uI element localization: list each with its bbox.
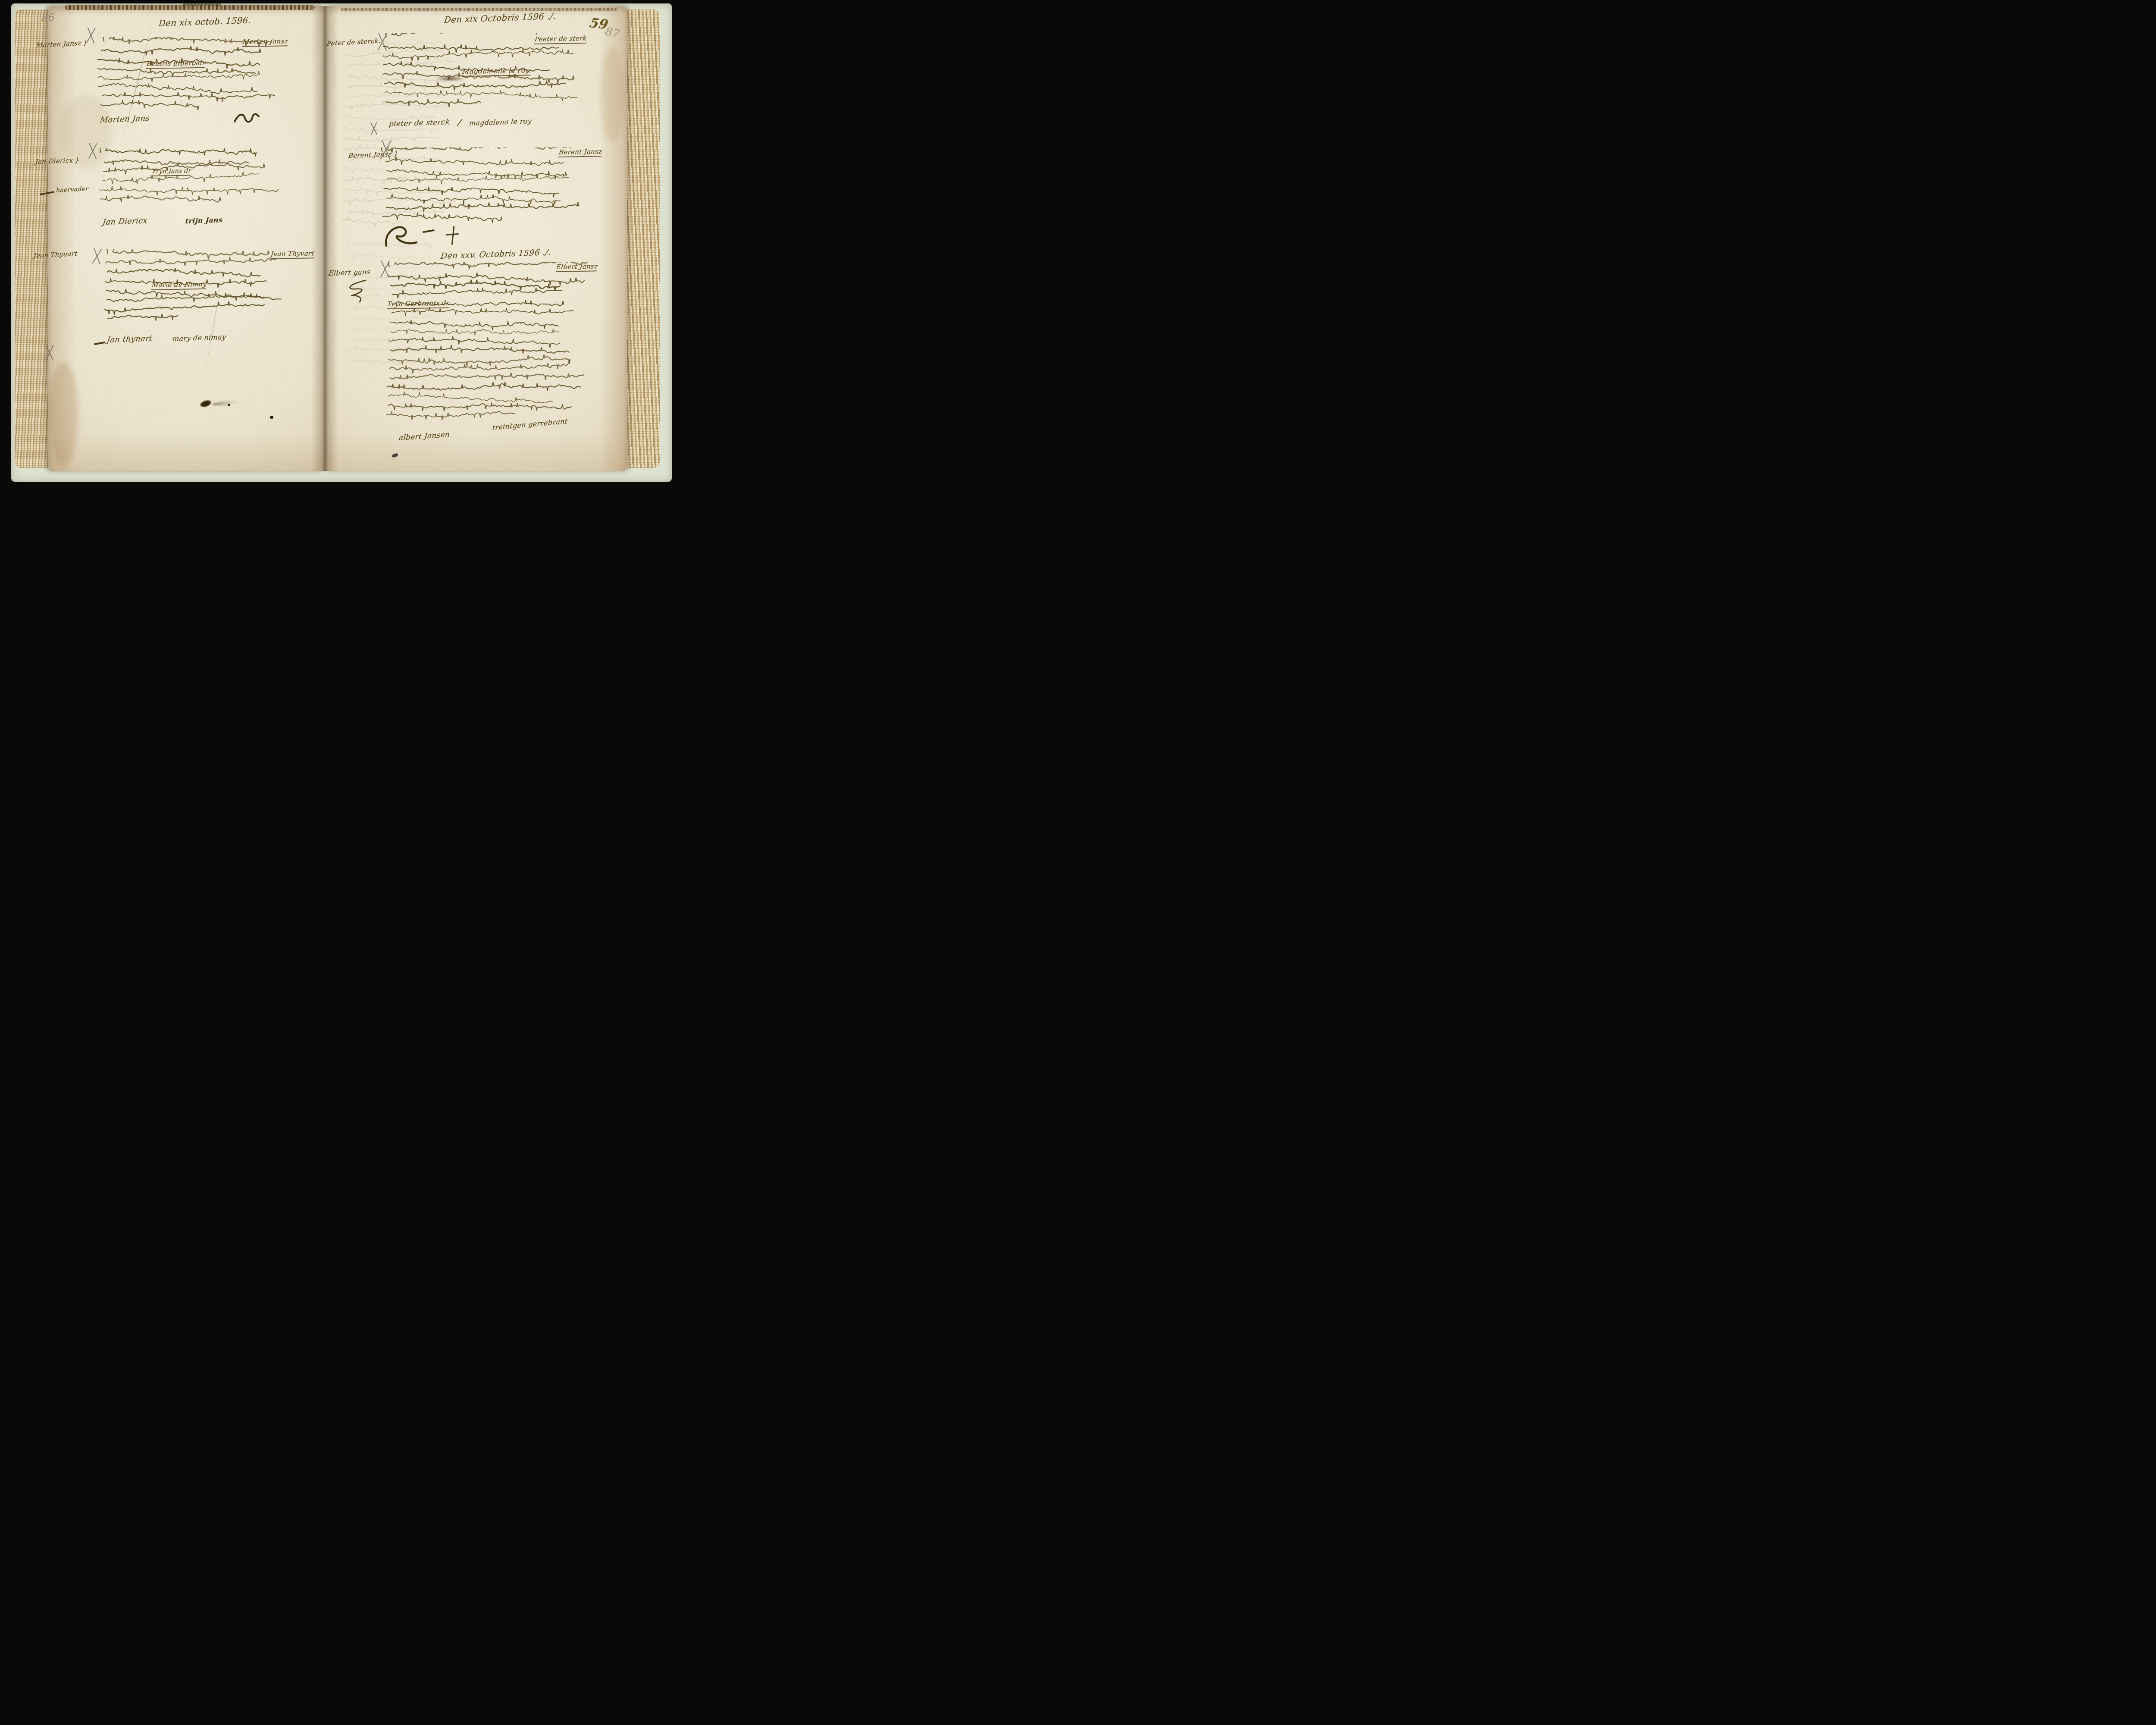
left-page-deckle-edge (65, 5, 315, 10)
margin-name-jan-diericx: Jan Diericx } (35, 156, 80, 166)
ink-speck (270, 416, 273, 419)
paper-stain (48, 362, 78, 466)
signature: Jan Diericx (102, 216, 148, 227)
entry-body-handwriting (97, 148, 310, 210)
signature: Jan thynart (107, 334, 154, 345)
underlined-name: Peeter de sterk (534, 34, 587, 44)
underlined-name: Magdaleene le roy. (462, 66, 532, 77)
ink-speck (228, 404, 230, 406)
left-fore-edge-page-stack (15, 9, 48, 468)
manuscript-photo: 86 Den xix octob. 1596. Marten Jansz } M… (0, 0, 676, 489)
right-page-deckle-edge (341, 8, 617, 11)
folio-number-pencil: 86 (41, 11, 55, 24)
pencil-x-mark (367, 122, 379, 136)
entry-body-handwriting (100, 249, 312, 329)
entry-body-handwriting (385, 262, 623, 426)
underlined-name: Berent Jansz (558, 147, 603, 157)
pencil-x-mark (43, 344, 56, 362)
signature-knot-flourish (233, 111, 260, 126)
underlined-name: Marie de Nimay (151, 280, 207, 290)
signature: Marten Jans (100, 114, 150, 125)
margin-name-elbert-gans: Elbert gans (328, 268, 371, 277)
underlined-name: Beatris Elbertsdr (146, 59, 206, 69)
book-gutter-shadow (311, 6, 338, 471)
entry-body-handwriting (381, 147, 621, 228)
margin-flourish (343, 279, 371, 304)
underlined-name: Tryn Gerbrants dr (387, 299, 450, 309)
underlined-name: Elbert Jansz (556, 262, 599, 272)
underlined-name: Tryn Jans dr (151, 167, 192, 176)
ink-smudge (435, 76, 466, 82)
signature: trijn Jans (185, 216, 223, 225)
underlined-name: Jean Thyvart (270, 249, 315, 259)
large-r-flourish (383, 223, 419, 250)
underlined-name: Merten Jansz (242, 37, 288, 47)
right-fore-edge-page-stack (627, 9, 660, 468)
ink-cross-mark (446, 226, 459, 245)
entry-body-handwriting (97, 37, 310, 116)
